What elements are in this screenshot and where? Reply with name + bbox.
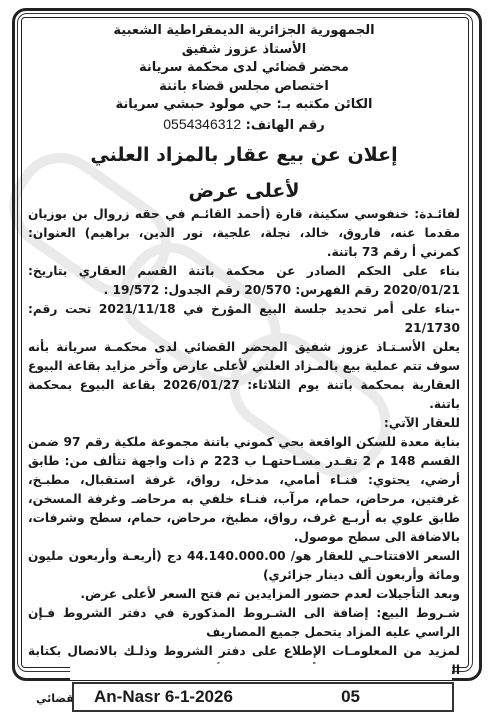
phone-number: 0554346312 <box>163 116 241 132</box>
paragraph-order: -بناء على أمر تحديد جلسة البيع المؤرخ في… <box>28 300 460 338</box>
header-country: الجمهورية الجزائرية الديمقراطية الشعبية <box>28 22 460 41</box>
notice-title: إعلان عن بيع عقار بالمزاد العلني <box>28 141 460 169</box>
header-office-address: الكائن مكتبه بـ: حي مولود حبشي سريانة <box>28 96 460 115</box>
paragraph-postponements: وبعد التأجيلات لعدم حضور المزايدين تم فت… <box>28 585 460 604</box>
footer-gap <box>70 664 452 680</box>
paragraph-announcement: يعلن الأسـتـاذ عزوز شفيق المحضر القضائي … <box>28 338 460 414</box>
page-number: 05 <box>341 687 360 707</box>
paragraph-property-heading: للعقار الآتي: <box>28 414 460 433</box>
paragraph-property-description: بناية معدة للسكن الواقعة بحي كموني باتنة… <box>28 433 460 547</box>
notice-content: الجمهورية الجزائرية الديمقراطية الشعبية … <box>28 22 460 705</box>
phone-label: رقم الهاتف: <box>246 118 325 133</box>
paragraph-beneficiary: لفائـدة: خنفوسي سكينة، قارة (أحمد القائـ… <box>28 205 460 262</box>
header-bailiff-court: محضر قضائي لدى محكمة سريانة <box>28 59 460 78</box>
publication-name-date: An-Nasr 6-1-2026 <box>94 687 233 707</box>
header-phone: رقم الهاتف: 0554346312 <box>28 115 460 135</box>
paragraph-judgment: بناء على الحكم الصادر عن محكمة باتنة الق… <box>28 262 460 300</box>
notice-subtitle: لأعلى عرض <box>28 177 460 205</box>
paragraph-opening-price: السعر الافتتاحـي للعقار هو/ 44.140.000.0… <box>28 547 460 585</box>
paragraph-sale-conditions: شـروط البيع: إضافة الى الشـروط المذكورة … <box>28 604 460 642</box>
header-jurisdiction: اختصاص مجلس قضاء باتنة <box>28 78 460 97</box>
publication-footer: An-Nasr 6-1-2026 05 <box>72 682 454 712</box>
header-bailiff-name: الأستاذ عزوز شفيق <box>28 41 460 60</box>
